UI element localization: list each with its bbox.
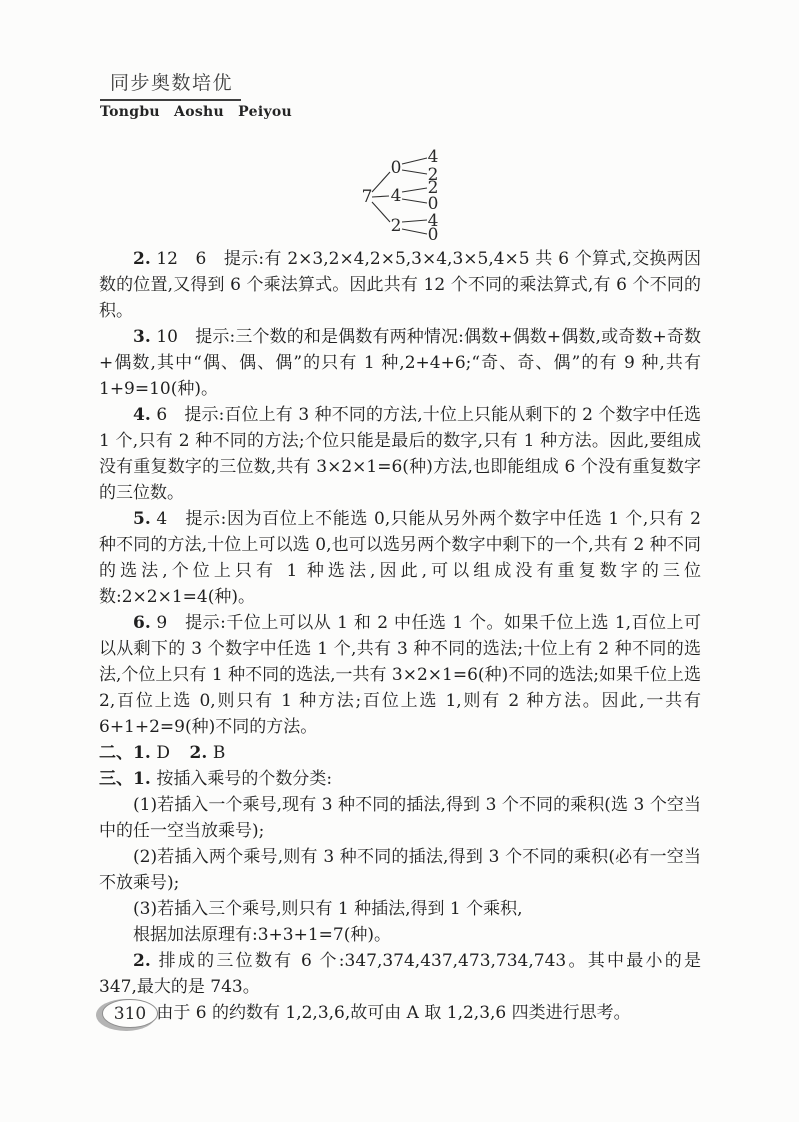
answer-number: 5. <box>133 509 151 529</box>
tree-branch-line <box>372 172 390 192</box>
answer-conclusion: 根据加法原理有:3+3+1=7(种)。 <box>99 922 701 948</box>
answer-number: 6. <box>133 613 151 633</box>
tree-node-value: 0 <box>391 158 402 178</box>
tree-branch-line <box>402 229 427 234</box>
answer-text: 按插入乘号的个数分类: <box>156 769 332 789</box>
tree-branch-line <box>372 202 390 222</box>
answer-text: 9 提示:千位上可以从 1 和 2 中任选 1 个。如果千位上选 1,百位上可以… <box>99 613 701 737</box>
answer-paragraph-s3-2: 2.排成的三位数有 6 个:347,374,437,473,734,743。其中… <box>99 948 701 1000</box>
tree-root-value: 7 <box>362 187 373 207</box>
answer-text: 根据加法原理有:3+3+1=7(种)。 <box>133 925 391 945</box>
answer-text: (1)若插入一个乘号,现有 3 种不同的插法,得到 3 个不同的乘积(选 3 个… <box>99 795 701 841</box>
answer-text: 排成的三位数有 6 个:347,374,437,473,734,743。其中最小… <box>99 951 701 997</box>
tree-leaf-value: 4 <box>428 147 439 167</box>
page-number-badge: 310 <box>95 996 163 1034</box>
answer-number: 4. <box>133 405 151 425</box>
answer-paragraph-5: 5.4 提示:因为百位上不能选 0,只能从另外两个数字中任选 1 个,只有 2 … <box>99 506 701 610</box>
choice-answer-1: D <box>156 743 170 763</box>
answer-paragraph-6: 6.9 提示:千位上可以从 1 和 2 中任选 1 个。如果千位上选 1,百位上… <box>99 610 701 740</box>
answer-number: 2. <box>190 743 208 763</box>
answer-text: 10 提示:三个数的和是偶数有两种情况:偶数+偶数+偶数,或奇数+奇数+偶数,其… <box>99 327 701 399</box>
answer-text: 12 6 提示:有 2×3,2×4,2×5,3×4,3×5,4×5 共 6 个算… <box>99 249 701 321</box>
tree-leaf-value: 0 <box>428 225 439 245</box>
tree-diagram: 7 0 4 2 4 2 2 0 4 0 <box>341 137 489 251</box>
section-label: 二、1. <box>99 743 151 763</box>
answer-number: 2. <box>133 951 151 971</box>
answer-paragraph-s3-3: 3.由于 6 的约数有 1,2,3,6,故可由 A 取 1,2,3,6 四类进行… <box>99 1000 701 1026</box>
answer-text: 6 提示:百位上有 3 种不同的方法,十位上只能从剩下的 2 个数字中任选 1 … <box>99 405 701 503</box>
answers-content: 2.12 6 提示:有 2×3,2×4,2×5,3×4,3×5,4×5 共 6 … <box>99 246 701 1026</box>
tree-branch-line <box>402 188 427 192</box>
answer-number: 2. <box>133 249 151 269</box>
answer-paragraph-4: 4.6 提示:百位上有 3 种不同的方法,十位上只能从剩下的 2 个数字中任选 … <box>99 402 701 506</box>
answer-line-section2: 二、1.D2.B <box>99 740 701 766</box>
book-title: 同步奥数培优 <box>100 68 241 101</box>
answer-number: 3. <box>133 327 151 347</box>
tree-node-value: 4 <box>391 186 402 206</box>
tree-node-value: 2 <box>391 216 402 236</box>
tree-branch-line <box>402 220 427 222</box>
answer-case-2: (2)若插入两个乘号,则有 3 种不同的插法,得到 3 个不同的乘积(必有一空当… <box>99 844 701 896</box>
book-title-pinyin: Tongbu Aoshu Peiyou <box>100 104 292 120</box>
answer-case-3: (3)若插入三个乘号,则只有 1 种插法,得到 1 个乘积, <box>99 896 701 922</box>
book-page: 同步奥数培优 Tongbu Aoshu Peiyou 7 0 4 2 4 2 2… <box>0 0 799 1122</box>
answer-text: (3)若插入三个乘号,则只有 1 种插法,得到 1 个乘积, <box>133 899 523 919</box>
answer-text: (2)若插入两个乘号,则有 3 种不同的插法,得到 3 个不同的乘积(必有一空当… <box>99 847 701 893</box>
tree-branch-line <box>372 196 389 197</box>
page-number: 310 <box>114 1004 146 1024</box>
answer-text: 由于 6 的约数有 1,2,3,6,故可由 A 取 1,2,3,6 四类进行思考… <box>156 1003 630 1023</box>
tree-branch-line <box>402 170 427 174</box>
tree-branch-line <box>402 199 427 203</box>
section-label: 三、1. <box>99 769 151 789</box>
answer-paragraph-3: 3.10 提示:三个数的和是偶数有两种情况:偶数+偶数+偶数,或奇数+奇数+偶数… <box>99 324 701 402</box>
choice-answer-2: B <box>213 743 226 763</box>
answer-paragraph-2: 2.12 6 提示:有 2×3,2×4,2×5,3×4,3×5,4×5 共 6 … <box>99 246 701 324</box>
tree-branch-line <box>402 158 427 164</box>
page-header: 同步奥数培优 Tongbu Aoshu Peiyou <box>100 68 292 120</box>
answer-text: 4 提示:因为百位上不能选 0,只能从另外两个数字中任选 1 个,只有 2 种不… <box>99 509 701 607</box>
answer-case-1: (1)若插入一个乘号,现有 3 种不同的插法,得到 3 个不同的乘积(选 3 个… <box>99 792 701 844</box>
answer-line-section3: 三、1.按插入乘号的个数分类: <box>99 766 701 792</box>
